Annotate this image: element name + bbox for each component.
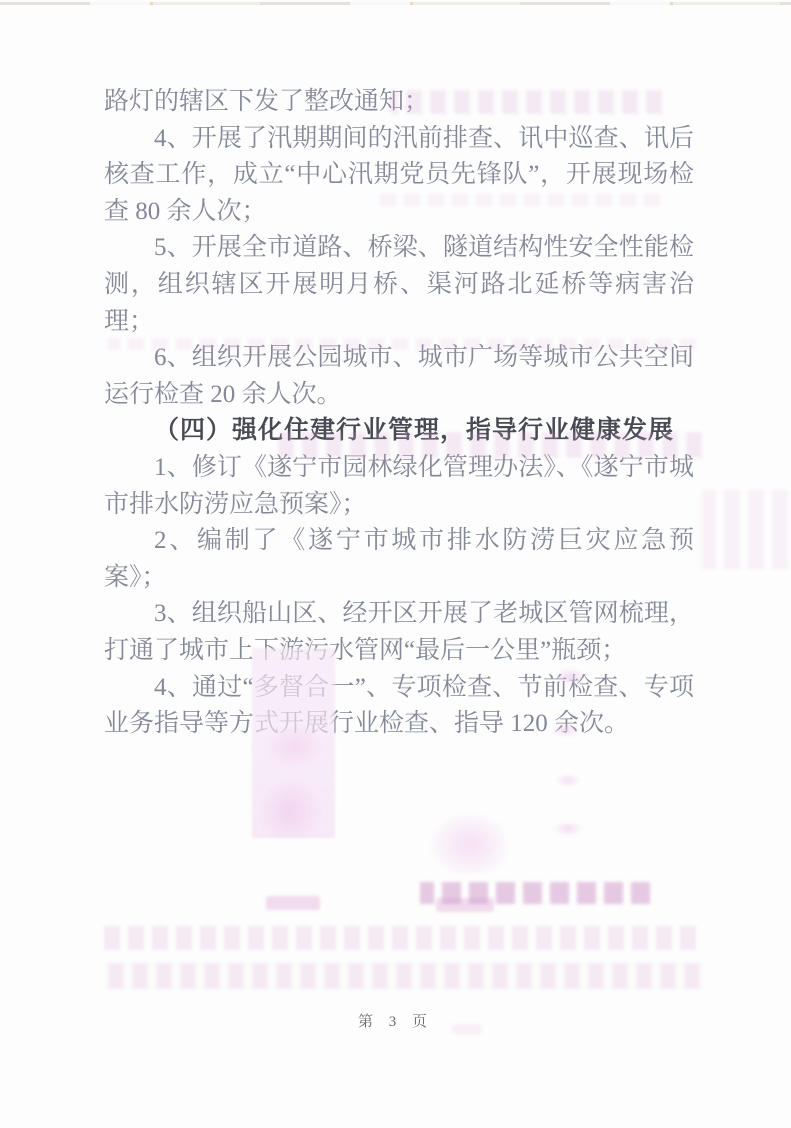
page-footer: 第 3 页 bbox=[0, 1010, 791, 1031]
bleedthrough-line bbox=[100, 963, 700, 989]
bleedthrough-mark bbox=[436, 898, 494, 912]
body-paragraph: 6、组织开展公园城市、城市广场等城市公共空间运行检查 20 余人次。 bbox=[104, 340, 694, 413]
bleedthrough-line bbox=[420, 882, 650, 904]
scan-edge-artifact bbox=[0, 2, 791, 5]
page-number: 第 3 页 bbox=[358, 1014, 433, 1030]
body-paragraph: 4、开展了汛期期间的汛前排查、讯中巡查、讯后核查工作，成立“中心汛期党员先锋队”… bbox=[104, 121, 694, 231]
body-paragraph: 1、修订《遂宁市园林绿化管理办法》、《遂宁市城市排水防涝应急预案》； bbox=[104, 450, 694, 523]
section-heading: （四）强化住建行业管理，指导行业健康发展 bbox=[104, 413, 694, 450]
bleedthrough-line bbox=[702, 490, 788, 570]
body-paragraph: 2、编制了《遂宁市城市排水防涝巨灾应急预案》； bbox=[104, 523, 694, 596]
document-body: 路灯的辖区下发了整改通知； 4、开展了汛期期间的汛前排查、讯中巡查、讯后核查工作… bbox=[104, 84, 694, 743]
scanned-document-page: 路灯的辖区下发了整改通知； 4、开展了汛期期间的汛前排查、讯中巡查、讯后核查工作… bbox=[0, 0, 791, 1128]
bleedthrough-mark bbox=[266, 896, 320, 910]
bleedthrough-line bbox=[100, 926, 696, 950]
body-paragraph: 4、通过“多督合一”、专项检查、节前检查、专项业务指导等方式开展行业检查、指导 … bbox=[104, 670, 694, 743]
body-paragraph: 路灯的辖区下发了整改通知； bbox=[104, 84, 694, 121]
body-paragraph: 3、组织船山区、经开区开展了老城区管网梳理，打通了城市上下游污水管网“最后一公里… bbox=[104, 596, 694, 669]
stamp-bleedthrough-patch bbox=[430, 812, 510, 878]
body-paragraph: 5、开展全市道路、桥梁、隧道结构性安全性能检测，组织辖区开展明月桥、渠河路北延桥… bbox=[104, 230, 694, 340]
